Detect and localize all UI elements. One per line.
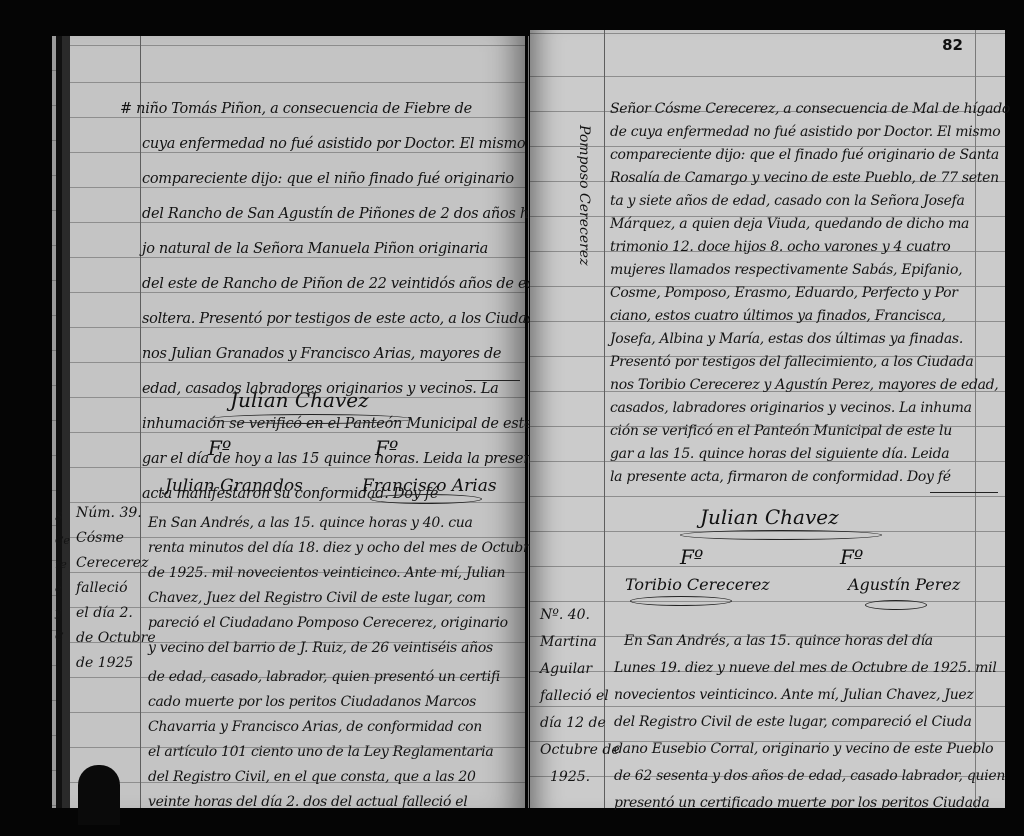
- signature-flourish: [630, 596, 732, 606]
- official-signature: Julian Chavez: [230, 388, 369, 412]
- left-page: # niño Tomás Piñon, a consecuencia de Fi…: [70, 36, 525, 808]
- signature-flourish: [210, 414, 412, 424]
- text-line: En San Andrés, a las 15. quince horas de…: [614, 628, 1005, 655]
- margin-line: Aguilar: [540, 656, 620, 683]
- closing-dash: [930, 492, 998, 493]
- signature-flourish: [370, 494, 482, 504]
- fragment: C: [55, 625, 70, 649]
- text-line: jo natural de la Señora Manuela Piñon or…: [120, 232, 553, 267]
- text-line: presentó un certificado muerte por los p…: [614, 790, 1005, 817]
- left-page-edge: [52, 36, 70, 808]
- vertical-margin-note: Pomposo Cerecerez: [576, 125, 592, 265]
- fragment: re: [55, 553, 70, 577]
- closing-dash: [465, 380, 520, 381]
- right-continuation-text: Señor Cósme Cerecerez, a consecuencia de…: [610, 92, 1010, 495]
- signature-flourish: [680, 530, 882, 540]
- margin-line: 1925.: [540, 764, 620, 791]
- fragment: Ce: [55, 529, 70, 553]
- text-line: dano Eusebio Corral, originario y vecino…: [614, 736, 1005, 763]
- text-line: veinte horas del día 2. dos del actual f…: [148, 785, 537, 820]
- text-line: nos Julian Granados y Francisco Arias, m…: [120, 337, 553, 372]
- witness-signature: Toribio Cerecerez: [625, 575, 770, 594]
- entry-number: Nº. 40.: [540, 602, 620, 629]
- witness-mark: Fº: [208, 436, 231, 460]
- edge-fragments: S Ce re e y C: [55, 505, 70, 649]
- text-line: novecientos veinticinco. Ante mí, Julian…: [614, 682, 1005, 709]
- text-line: de 62 sesenta y dos años de edad, casado…: [614, 763, 1005, 790]
- entry-40-text: En San Andrés, a las 15. quince horas de…: [614, 628, 1005, 817]
- margin-line: Octubre de: [540, 737, 620, 764]
- witness-signature: Francisco Arias: [362, 476, 497, 496]
- entry-39-text: En San Andrés, a las 15. quince horas y …: [148, 506, 537, 820]
- official-signature: Julian Chavez: [700, 505, 839, 529]
- text-line: compareciente dijo: que el niño finado f…: [120, 162, 553, 197]
- text-line: gar el día de hoy a las 15 quince horas.…: [120, 442, 553, 477]
- left-continuation-text: # niño Tomás Piñon, a consecuencia de Fi…: [120, 92, 553, 512]
- text-line: soltera. Presentó por testigos de este a…: [120, 302, 553, 337]
- thumb-shadow: [78, 765, 120, 825]
- entry-40-margin: Nº. 40. Martina Aguilar falleció el día …: [540, 602, 620, 791]
- witness-mark: Fº: [375, 436, 398, 460]
- witness-mark: Fº: [840, 545, 863, 569]
- text-line: cuya enfermedad no fué asistido por Doct…: [120, 127, 553, 162]
- fragment: S: [55, 505, 70, 529]
- text-line: del Registro Civil de este lugar, compar…: [614, 709, 1005, 736]
- right-page: 82 Pomposo Cerecerez Señor Cósme Cerecer…: [530, 30, 1005, 808]
- page-number: 82: [942, 36, 963, 54]
- text-line: # niño Tomás Piñon, a consecuencia de Fi…: [120, 92, 553, 127]
- text-line: inhumación se verificó en el Panteón Mun…: [120, 407, 553, 442]
- text-line: Lunes 19. diez y nueve del mes de Octubr…: [614, 655, 1005, 682]
- margin-line: día 12 de: [540, 710, 620, 737]
- fragment: e: [55, 577, 70, 601]
- margin-line: Martina: [540, 629, 620, 656]
- signature-flourish: [865, 600, 927, 610]
- fragment: y: [55, 601, 70, 625]
- text-line: del este de Rancho de Piñon de 22 veinti…: [120, 267, 553, 302]
- entry-39-margin: Núm. 39. Cósme Cerecerez falleció el día…: [76, 496, 156, 681]
- witness-signature: Julian Granados: [165, 476, 303, 496]
- text-line: la presente acta, firmaron de conformida…: [610, 460, 1010, 495]
- witness-signature: Agustín Perez: [848, 575, 960, 594]
- margin-line: falleció el: [540, 683, 620, 710]
- witness-mark: Fº: [680, 545, 703, 569]
- text-line: del Rancho de San Agustín de Piñones de …: [120, 197, 553, 232]
